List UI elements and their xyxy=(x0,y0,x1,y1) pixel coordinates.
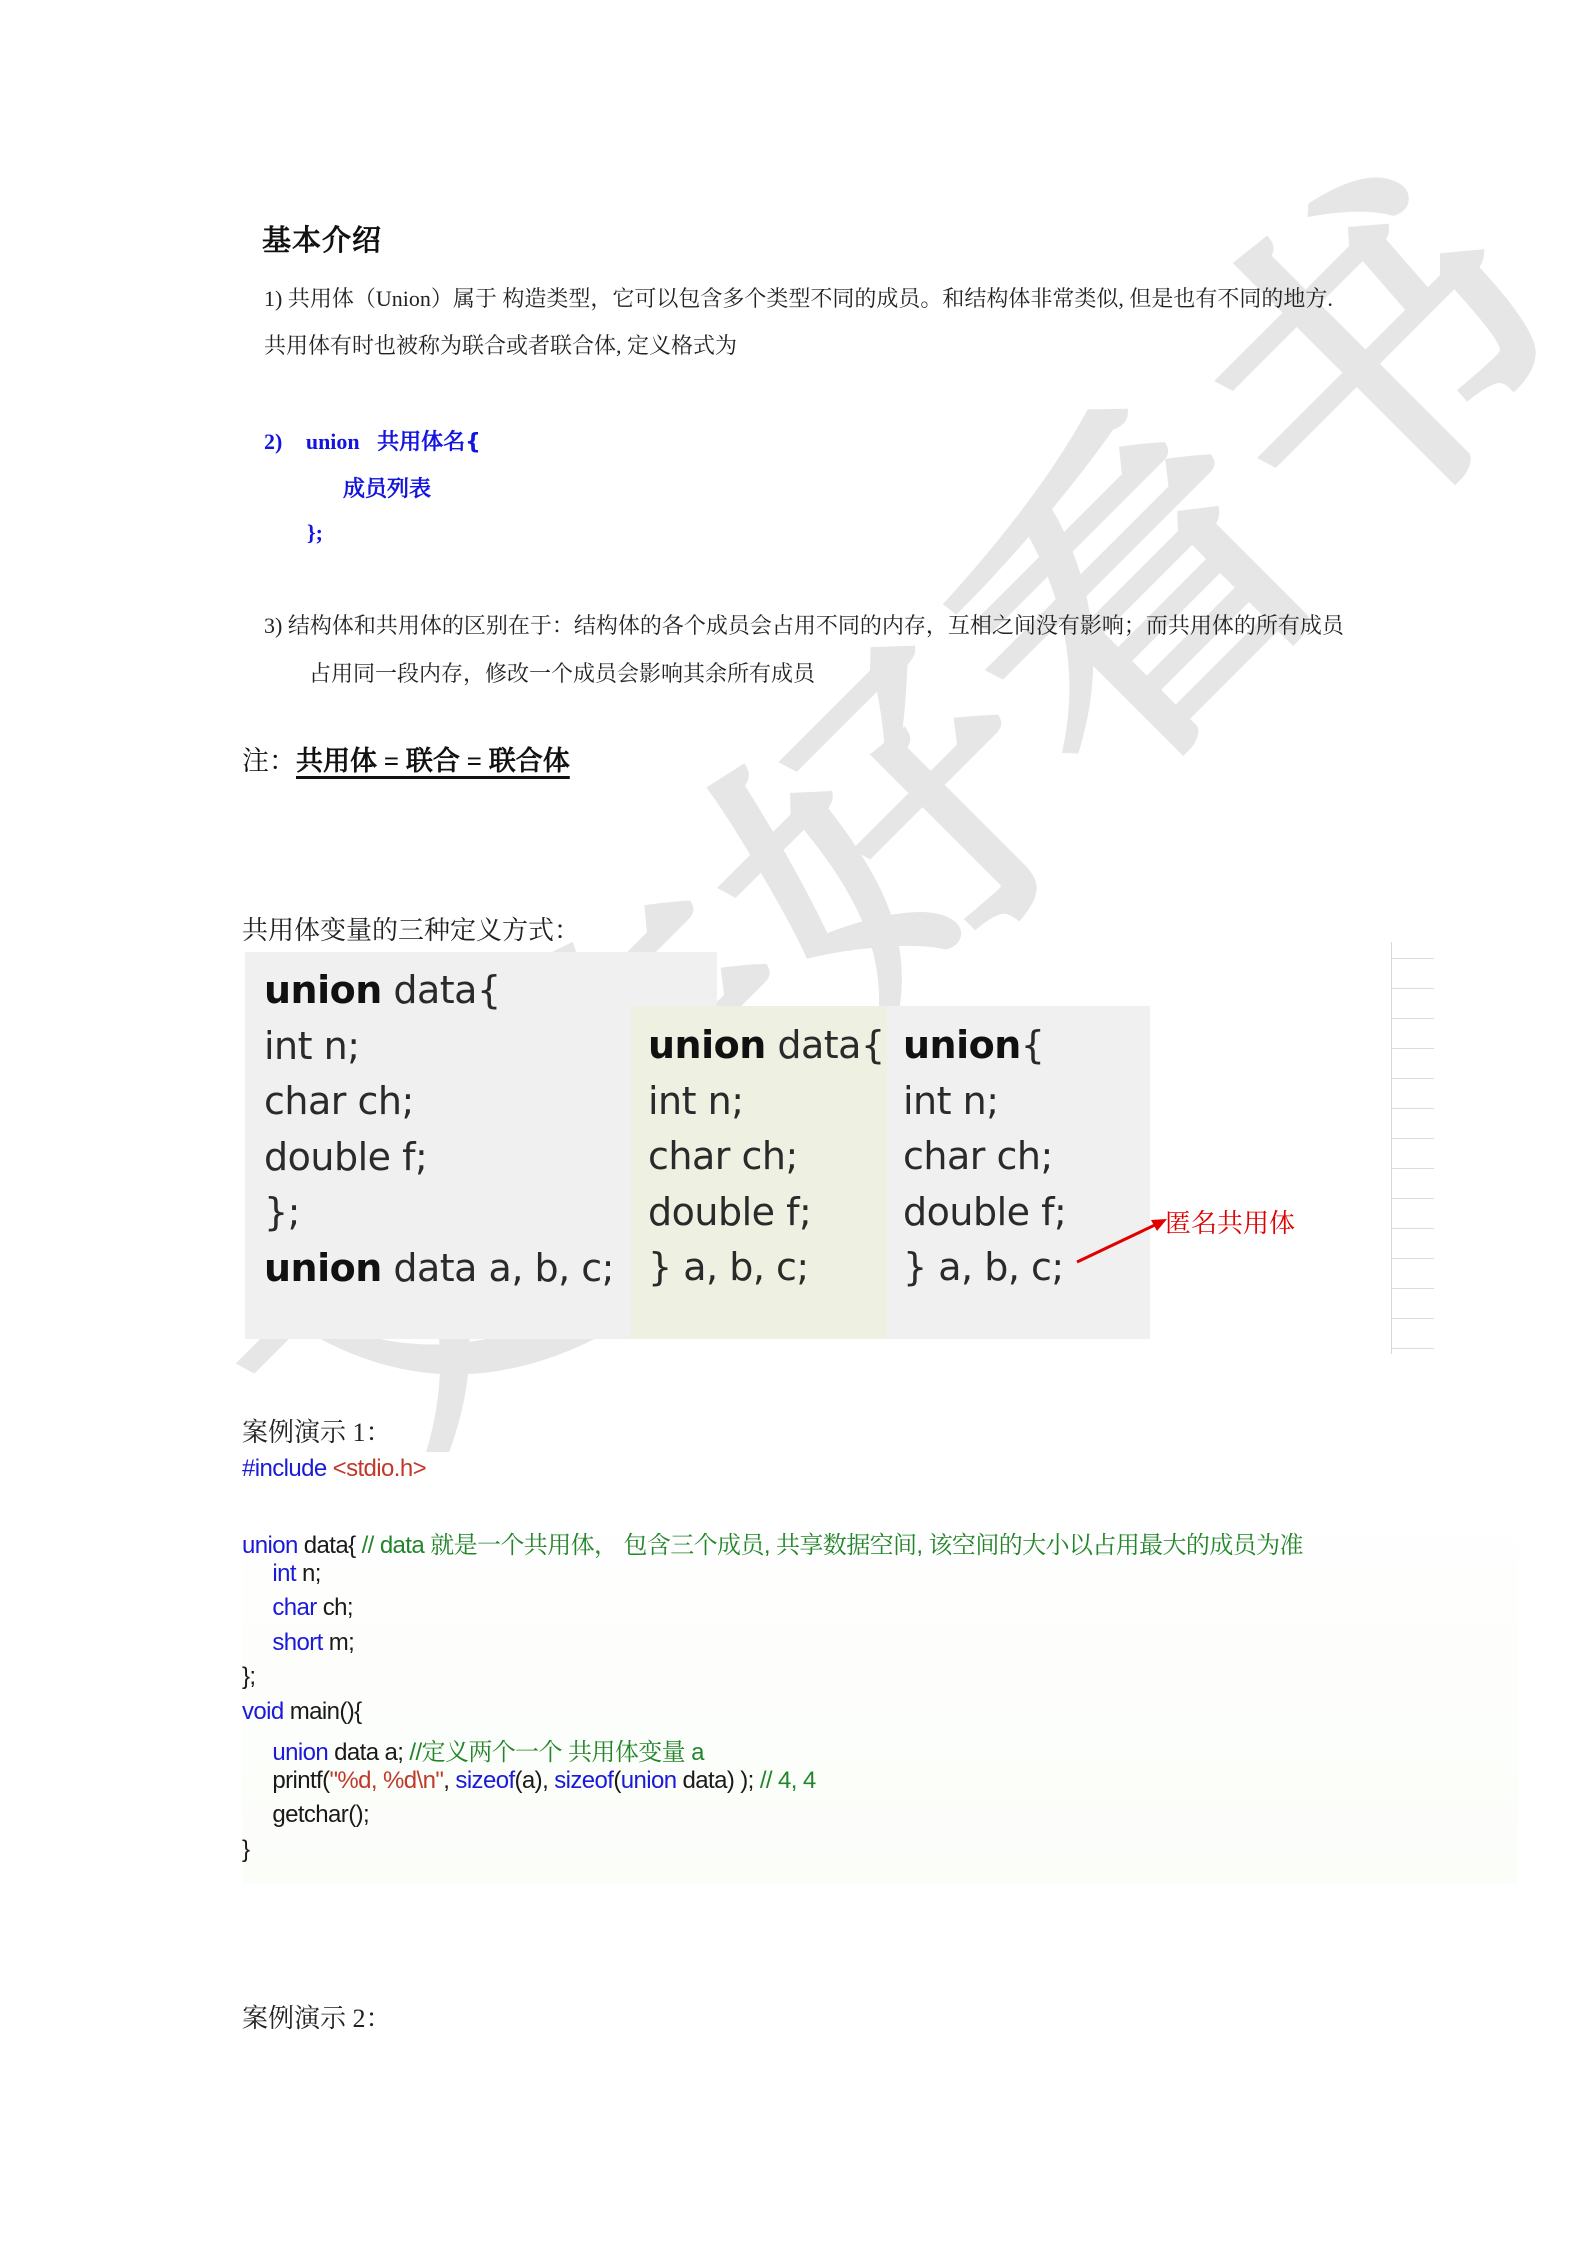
code-line: } xyxy=(242,1836,249,1864)
code-line: union data a; //定义两个一个 共用体变量 a xyxy=(242,1732,704,1767)
code-token: n; xyxy=(296,1560,321,1587)
code-token: (a), xyxy=(515,1767,555,1794)
code-token: char xyxy=(242,1594,317,1621)
code-token: // 4, 4 xyxy=(760,1767,816,1794)
grid-line xyxy=(1392,958,1434,959)
definition-code-1: union data{int n;char ch;double f;};unio… xyxy=(264,963,614,1296)
grid-line xyxy=(1392,1258,1434,1259)
code-token: m; xyxy=(323,1629,355,1656)
code-token: data) ); xyxy=(676,1767,759,1794)
code-text: double f; xyxy=(903,1190,1066,1234)
code-text: double f; xyxy=(264,1135,427,1179)
union-name: 共用体名{ xyxy=(377,430,481,455)
grid-line xyxy=(1392,1318,1434,1319)
code-token: sizeof xyxy=(554,1767,613,1794)
code-token: ch; xyxy=(317,1594,353,1621)
code-token: data a; xyxy=(328,1739,409,1766)
grid-line xyxy=(1392,1288,1434,1289)
keyword: union xyxy=(264,968,382,1012)
definition-code-2: union data{int n;char ch;double f;} a, b… xyxy=(648,1018,885,1296)
code-token: ( xyxy=(613,1767,620,1794)
definition-code-3: union{int n;char ch;double f;} a, b, c; xyxy=(903,1018,1066,1296)
note: 注：共用体 = 联合 = 联合体 xyxy=(242,739,570,778)
case1-code-block: #include <stdio.h>union data{ // data 就是… xyxy=(242,1452,1518,1884)
code-line: #include <stdio.h> xyxy=(242,1455,426,1483)
grid-line xyxy=(1392,1228,1434,1229)
code-text: } a, b, c; xyxy=(648,1245,809,1289)
definition-line: } a, b, c; xyxy=(648,1240,885,1296)
section-heading: 基本介绍 xyxy=(262,218,382,259)
definition-line: union{ xyxy=(903,1018,1066,1074)
definition-line: char ch; xyxy=(264,1074,614,1130)
code-line: printf("%d, %d\n", sizeof(a), sizeof(uni… xyxy=(242,1767,816,1795)
code-token: union xyxy=(621,1767,677,1794)
grid-line xyxy=(1392,1078,1434,1079)
grid-line xyxy=(1392,1108,1434,1109)
code-token: sizeof xyxy=(455,1767,514,1794)
code-text: char ch; xyxy=(903,1134,1053,1178)
grid-line xyxy=(1392,1168,1434,1169)
watermark: 文许好看书 xyxy=(110,48,1587,1585)
code-text: int n; xyxy=(264,1024,360,1068)
code-token: data{ xyxy=(298,1532,362,1559)
definition-line: union data a, b, c; xyxy=(264,1241,614,1297)
member-list: 成员列表 xyxy=(343,472,431,503)
code-token: void xyxy=(242,1698,284,1725)
definition-line: }; xyxy=(264,1185,614,1241)
code-text: data{ xyxy=(382,968,501,1012)
grid-line xyxy=(1392,1138,1434,1139)
grid-fragment xyxy=(1391,942,1392,1354)
note-label: 注： xyxy=(242,746,296,776)
definition-line: } a, b, c; xyxy=(903,1240,1066,1296)
code-line: getchar(); xyxy=(242,1801,369,1829)
item1-line2: 共用体有时也被称为联合或者联合体, 定义格式为 xyxy=(264,331,737,361)
union-keyword: union xyxy=(306,429,360,454)
code-text: } a, b, c; xyxy=(903,1245,1064,1289)
code-text: }; xyxy=(264,1190,300,1234)
grid-line xyxy=(1392,1198,1434,1199)
code-token: union xyxy=(242,1532,298,1559)
code-token: }; xyxy=(242,1663,255,1690)
anonymous-union-annotation: 匿名共用体 xyxy=(1165,1203,1295,1240)
grid-line xyxy=(1392,1348,1434,1349)
code-line: short m; xyxy=(242,1629,354,1657)
case2-title: 案例演示 2： xyxy=(242,1998,392,2035)
union-close: }; xyxy=(307,520,323,546)
code-token: // data 就是一个共用体， 包含三个成员, 共享数据空间, 该空间的大小以… xyxy=(362,1532,1303,1559)
definitions-title: 共用体变量的三种定义方式： xyxy=(242,910,580,947)
arrow-icon xyxy=(1075,1210,1170,1270)
code-token: //定义两个一个 共用体变量 a xyxy=(409,1739,703,1766)
code-text: double f; xyxy=(648,1190,811,1234)
code-text: char ch; xyxy=(648,1134,798,1178)
definition-line: double f; xyxy=(903,1185,1066,1241)
case1-title: 案例演示 1： xyxy=(242,1412,392,1449)
code-line: }; xyxy=(242,1663,255,1691)
keyword: union xyxy=(264,1246,382,1290)
code-text: { xyxy=(1021,1023,1045,1067)
code-line: char ch; xyxy=(242,1594,353,1622)
item1-line1: 1) 共用体（Union）属于 构造类型，它可以包含多个类型不同的成员。和结构体… xyxy=(264,284,1333,314)
definition-line: char ch; xyxy=(903,1129,1066,1185)
definition-line: int n; xyxy=(903,1074,1066,1130)
definition-line: int n; xyxy=(648,1074,885,1130)
definition-line: int n; xyxy=(264,1019,614,1075)
code-token: short xyxy=(242,1629,323,1656)
keyword: union xyxy=(648,1023,766,1067)
code-token: getchar(); xyxy=(242,1801,369,1828)
code-text: int n; xyxy=(903,1079,999,1123)
code-line: union data{ // data 就是一个共用体， 包含三个成员, 共享数… xyxy=(242,1525,1303,1560)
code-text: int n; xyxy=(648,1079,744,1123)
item3-line1: 3) 结构体和共用体的区别在于：结构体的各个成员会占用不同的内存，互相之间没有影… xyxy=(264,611,1344,641)
grid-line xyxy=(1392,1048,1434,1049)
keyword: union xyxy=(903,1023,1021,1067)
code-token: printf( xyxy=(242,1767,330,1794)
grid-line xyxy=(1392,1018,1434,1019)
definition-line: union data{ xyxy=(648,1018,885,1074)
code-text: data{ xyxy=(766,1023,885,1067)
code-token: union xyxy=(242,1739,328,1766)
grid-line xyxy=(1392,988,1434,989)
definition-line: char ch; xyxy=(648,1129,885,1185)
note-text: 共用体 = 联合 = 联合体 xyxy=(296,746,570,776)
code-text: data a, b, c; xyxy=(382,1246,614,1290)
code-text: char ch; xyxy=(264,1079,414,1123)
union-syntax-line: 2) union 共用体名{ xyxy=(264,425,481,456)
code-token: , xyxy=(443,1767,455,1794)
definition-line: union data{ xyxy=(264,963,614,1019)
code-line: void main(){ xyxy=(242,1698,362,1726)
item3-line2: 占用同一段内存，修改一个成员会影响其余所有成员 xyxy=(309,659,815,689)
code-token: <stdio.h> xyxy=(327,1455,426,1482)
code-line: int n; xyxy=(242,1560,321,1588)
definition-line: double f; xyxy=(264,1130,614,1186)
code-token: int xyxy=(242,1560,296,1587)
definition-line: double f; xyxy=(648,1185,885,1241)
code-token: } xyxy=(242,1836,249,1863)
code-token: main(){ xyxy=(284,1698,362,1725)
item2-number: 2) xyxy=(264,429,282,454)
code-token: #include xyxy=(242,1455,327,1482)
code-token: "%d, %d\n" xyxy=(330,1767,444,1794)
